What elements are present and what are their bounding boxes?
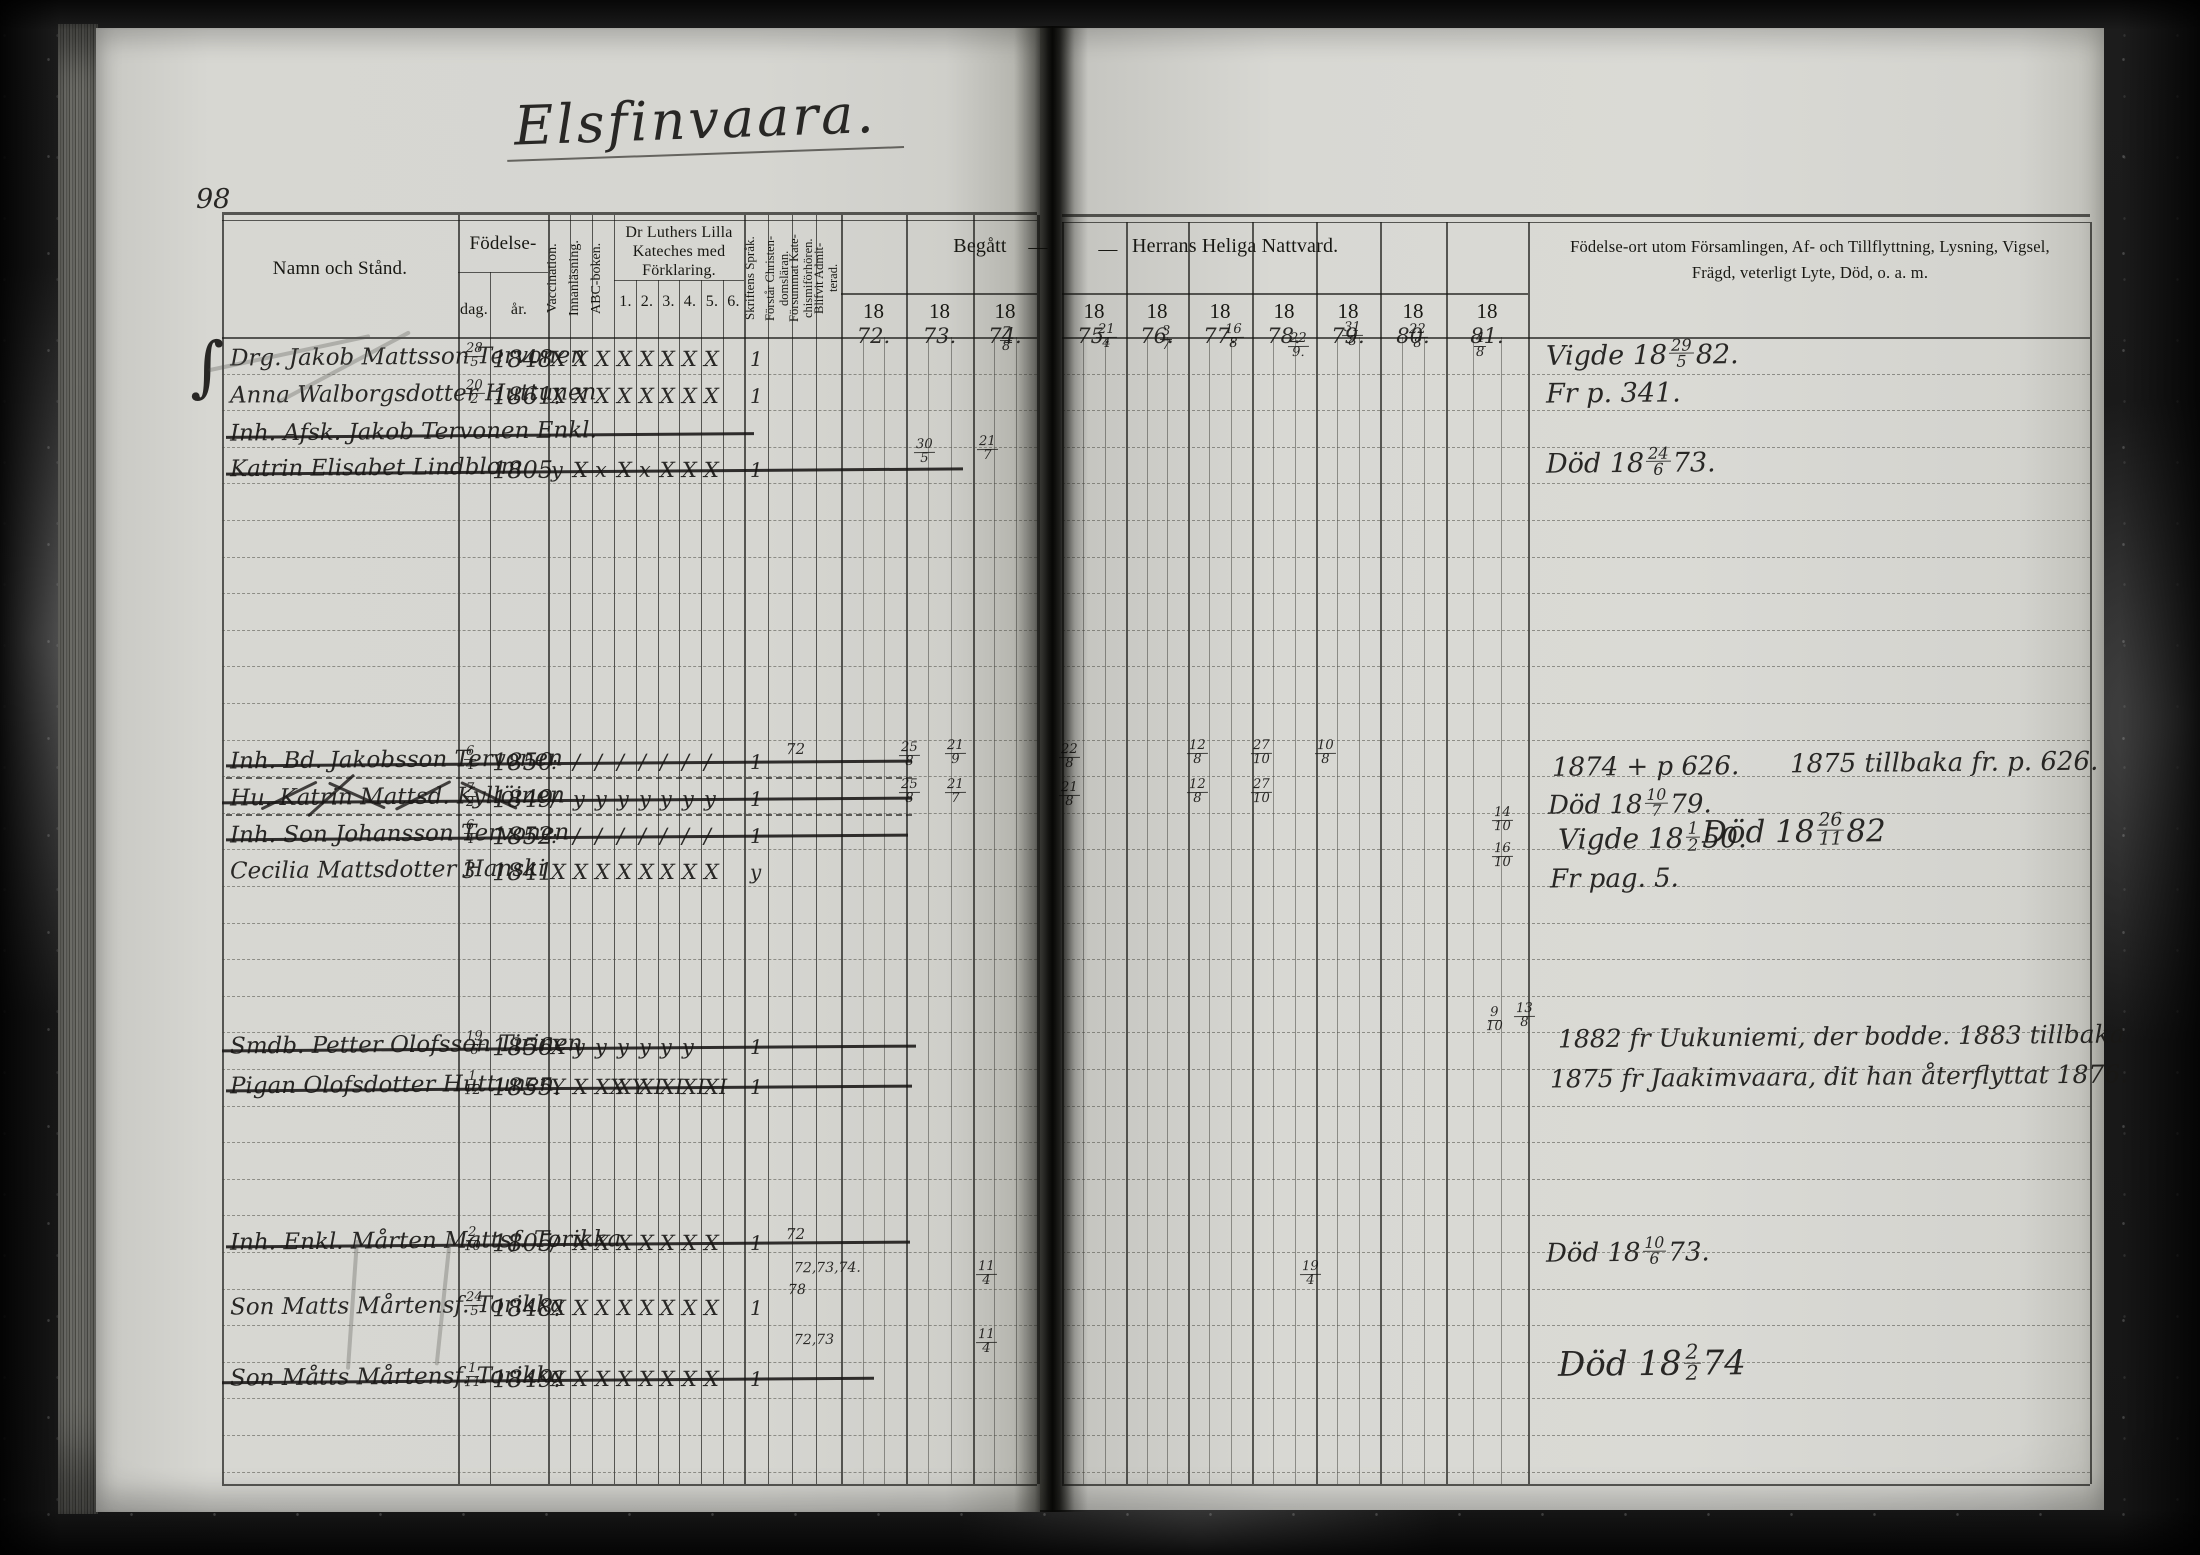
fraction: 194 bbox=[1300, 1261, 1321, 1287]
fraction: 1610 bbox=[1492, 843, 1513, 869]
ability-mark: X bbox=[617, 1296, 632, 1320]
communion-date: 48 bbox=[1472, 336, 1489, 362]
ability-mark: X bbox=[573, 1296, 588, 1320]
communion-date: 114 bbox=[974, 1264, 999, 1290]
ability-mark: X bbox=[551, 347, 566, 371]
fraction: 78 bbox=[1000, 327, 1013, 353]
annotation: 72 bbox=[786, 1225, 805, 1243]
fraction: 2710 bbox=[1251, 740, 1272, 766]
fraction: 217 bbox=[945, 779, 966, 805]
fraction: 229. bbox=[1288, 333, 1309, 359]
communion-date: 217 bbox=[943, 782, 968, 808]
ability-mark: X bbox=[660, 347, 675, 371]
fraction: 285 bbox=[464, 343, 485, 369]
ability-mark: X bbox=[660, 860, 675, 884]
ability-mark: X bbox=[639, 860, 654, 884]
fraction: 258 bbox=[899, 742, 920, 768]
fraction: 37 bbox=[1160, 326, 1173, 352]
birth-day: 245 bbox=[462, 1295, 487, 1321]
language-mark: y bbox=[750, 860, 762, 884]
communion-date: 168 bbox=[1221, 327, 1246, 353]
marginal-note: Död 182274 bbox=[1558, 1343, 1746, 1387]
fraction: 245 bbox=[464, 1292, 485, 1318]
marginal-note: Vigde 1829582. bbox=[1546, 339, 1739, 373]
communion-date: 228 bbox=[1405, 327, 1430, 353]
ability-mark: X bbox=[551, 860, 566, 884]
communion-date: 78 bbox=[998, 330, 1015, 356]
communion-date: 128 bbox=[1185, 782, 1210, 808]
ability-mark: X bbox=[682, 860, 697, 884]
entry-name: Katrin Elisabet Lindblom bbox=[230, 454, 523, 483]
communion-date: 229. bbox=[1286, 336, 1311, 362]
fraction: 295 bbox=[1669, 337, 1694, 369]
marginal-note: Död 1824673. bbox=[1546, 447, 1716, 481]
communion-date: 37 bbox=[1158, 329, 1175, 355]
birth-day: 3 bbox=[462, 859, 476, 884]
entry-name: Inh. Enkl. Mårten Mattsf. Torikka bbox=[230, 1226, 622, 1255]
annotation: 72 bbox=[786, 740, 805, 758]
scanned-ledger-screenshot: 98 Elsfinvaara. Namn och Stånd. Födelse-… bbox=[0, 0, 2200, 1555]
ability-mark: X bbox=[617, 384, 632, 408]
communion-date: 318 bbox=[1340, 325, 1365, 351]
communion-date: 2710 bbox=[1249, 743, 1274, 769]
ability-mark: X bbox=[682, 1296, 697, 1320]
fraction: 48 bbox=[1474, 333, 1487, 359]
fraction: 2710 bbox=[1251, 779, 1272, 805]
fraction: 106 bbox=[1642, 1235, 1666, 1266]
ability-mark: X bbox=[639, 384, 654, 408]
fraction: 138 bbox=[1514, 1003, 1535, 1029]
communion-date: 108 bbox=[1313, 743, 1338, 769]
annotation: 72,73 bbox=[794, 1332, 834, 1348]
ability-mark: X bbox=[595, 1296, 610, 1320]
birth-day: 202 bbox=[462, 383, 487, 409]
communion-date: 305 bbox=[912, 442, 937, 468]
ability-mark: X bbox=[595, 347, 610, 371]
fraction: 214 bbox=[1096, 324, 1117, 350]
ability-mark: X bbox=[682, 347, 697, 371]
strike-dashed-line bbox=[226, 814, 912, 816]
communion-date: 1610 bbox=[1490, 846, 1515, 872]
fraction: 1410 bbox=[1492, 807, 1513, 833]
fraction: 228 bbox=[1059, 744, 1080, 770]
ability-mark: X bbox=[660, 1296, 675, 1320]
fraction: 128 bbox=[1187, 779, 1208, 805]
fraction: 64 bbox=[464, 746, 477, 772]
fraction: 196 bbox=[464, 1031, 485, 1057]
fraction: 22 bbox=[1683, 1343, 1700, 1383]
annotation: 78 bbox=[788, 1282, 806, 1298]
marginal-note: 1875 fr Jaakimvaara, dit han återflyttat… bbox=[1550, 1059, 2128, 1093]
communion-date: 114 bbox=[974, 1332, 999, 1358]
communion-date: 214 bbox=[1094, 327, 1119, 353]
ability-mark: X bbox=[573, 860, 588, 884]
ability-mark: X bbox=[573, 384, 588, 408]
birth-year: 1848 bbox=[492, 345, 553, 374]
ability-mark: X bbox=[617, 347, 632, 371]
fraction: 111 bbox=[464, 1363, 481, 1389]
ability-mark: X bbox=[595, 860, 610, 884]
communion-date: 218 bbox=[1057, 785, 1082, 811]
communion-date: 2710 bbox=[1249, 782, 1274, 808]
ability-mark: X bbox=[704, 347, 719, 371]
fraction: 318 bbox=[1342, 322, 1363, 348]
marginal-note: Fr p. 341. bbox=[1546, 377, 1681, 409]
fraction: 217 bbox=[977, 436, 998, 462]
ability-mark: X bbox=[704, 384, 719, 408]
communion-date: 128 bbox=[1185, 743, 1210, 769]
fraction: 108 bbox=[1315, 740, 1336, 766]
marginal-note: 1882 fr Uukuniemi, der bodde. 1883 tillb… bbox=[1558, 1020, 2125, 1054]
communion-date: 258 bbox=[897, 745, 922, 771]
fraction: 2611 bbox=[1816, 812, 1844, 849]
fraction: 219 bbox=[945, 740, 966, 766]
communion-date: 217 bbox=[975, 439, 1000, 465]
language-mark: 1 bbox=[750, 1296, 763, 1320]
fraction: 218 bbox=[1059, 782, 1080, 808]
ability-mark: X bbox=[639, 1296, 654, 1320]
fraction: 910 bbox=[1486, 1007, 1503, 1033]
communion-date: 258 bbox=[897, 782, 922, 808]
fraction: 64 bbox=[464, 820, 477, 846]
strike-dashed-line bbox=[226, 777, 912, 779]
fraction: 228 bbox=[1407, 324, 1428, 350]
ability-mark: X bbox=[704, 1296, 719, 1320]
language-mark: 1 bbox=[750, 384, 763, 408]
annotation: 72,73,74. bbox=[794, 1260, 861, 1277]
communion-date: 194 bbox=[1298, 1264, 1323, 1290]
fraction: 114 bbox=[976, 1261, 997, 1287]
fraction: 168 bbox=[1223, 324, 1244, 350]
marginal-note: Fr pag. 5. bbox=[1550, 863, 1679, 894]
language-mark: 1 bbox=[750, 347, 763, 371]
communion-date: 228 bbox=[1057, 747, 1082, 773]
communion-date: 219 bbox=[943, 743, 968, 769]
ability-mark: X bbox=[660, 384, 675, 408]
fraction: 305 bbox=[914, 439, 935, 465]
ability-mark: X bbox=[573, 347, 588, 371]
birth-day: 285 bbox=[462, 346, 487, 372]
communion-date: 138 bbox=[1512, 1006, 1537, 1032]
communion-date: 1410 bbox=[1490, 810, 1515, 836]
fraction: 202 bbox=[464, 380, 485, 406]
handwritten-entries: Drg. Jakob Mattsson Tervonen2851848XXXXX… bbox=[0, 0, 2200, 1555]
fraction: 246 bbox=[1646, 445, 1671, 477]
fraction: 112 bbox=[464, 1071, 481, 1097]
ability-mark: X bbox=[682, 384, 697, 408]
marginal-note: Död 18261182 bbox=[1702, 813, 1886, 852]
ability-mark: X bbox=[551, 384, 566, 408]
marginal-note: 1875 tillbaka fr. p. 626. bbox=[1790, 747, 2099, 780]
ability-mark: X bbox=[639, 347, 654, 371]
fraction: 210 bbox=[464, 1227, 481, 1253]
birth-year: 1841 bbox=[492, 858, 553, 887]
fraction: 128 bbox=[1187, 740, 1208, 766]
marginal-note: 1874 + p 626. bbox=[1552, 751, 1740, 783]
fraction: 258 bbox=[899, 779, 920, 805]
marginal-note: Död 1810673. bbox=[1546, 1237, 1710, 1270]
fraction: 12 bbox=[1685, 821, 1700, 854]
ability-mark: X bbox=[704, 860, 719, 884]
fraction: 114 bbox=[976, 1329, 997, 1355]
ability-mark: X bbox=[595, 384, 610, 408]
ability-mark: X bbox=[617, 860, 632, 884]
communion-date: 910 bbox=[1484, 1010, 1505, 1036]
ability-mark: X bbox=[551, 1296, 566, 1320]
fraction: 107 bbox=[1644, 787, 1668, 818]
entry-name: Inh. Afsk. Jakob Tervonen Enkl. bbox=[230, 417, 597, 446]
